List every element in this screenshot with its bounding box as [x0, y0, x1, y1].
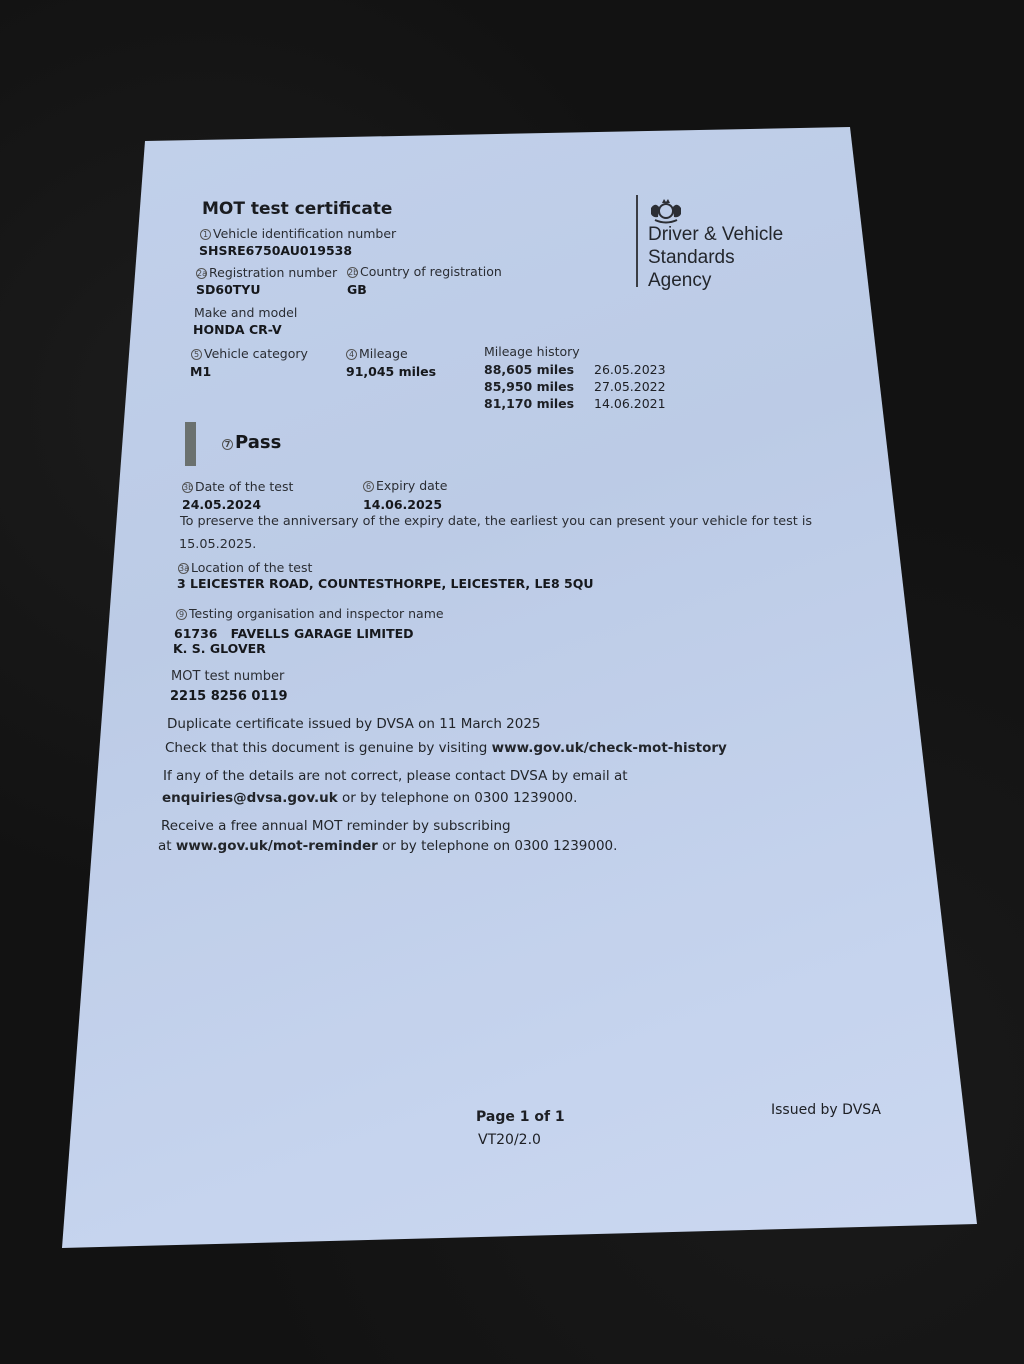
field-marker: 2b: [347, 267, 358, 278]
mileage-history-row: 81,170 miles 14.06.2021: [484, 395, 666, 412]
field-marker: 9: [176, 609, 187, 620]
registration-label: 2aRegistration number: [196, 265, 337, 280]
agency-name: Driver & Vehicle Standards Agency: [648, 223, 783, 292]
logo-divider: [636, 195, 638, 287]
test-date-value: 24.05.2024: [182, 497, 261, 512]
reminder-note-line1: Receive a free annual MOT reminder by su…: [161, 818, 511, 834]
agency-name-line: Standards: [648, 246, 783, 269]
contact-note-line2: enquiries@dvsa.gov.uk or by telephone on…: [162, 790, 577, 806]
history-miles: 88,605 miles: [484, 361, 570, 378]
field-marker: 5: [191, 349, 202, 360]
page-indicator: Page 1 of 1: [476, 1109, 565, 1125]
contact-note-line1: If any of the details are not correct, p…: [163, 768, 628, 784]
organisation-label: 9Testing organisation and inspector name: [176, 606, 444, 621]
field-marker: 1: [200, 229, 211, 240]
vin-value: SHSRE6750AU019538: [199, 243, 352, 258]
duplicate-note: Duplicate certificate issued by DVSA on …: [167, 716, 541, 732]
make-model-label: Make and model: [194, 305, 297, 320]
mot-reminder-link[interactable]: www.gov.uk/mot-reminder: [176, 838, 378, 854]
mot-certificate: MOT test certificate Driver & Vehicle St…: [0, 0, 1024, 1364]
mileage-history-list: 88,605 miles 26.05.2023 85,950 miles 27.…: [484, 361, 666, 412]
mileage-history-label: Mileage history: [484, 344, 580, 359]
history-miles: 81,170 miles: [484, 395, 570, 412]
genuine-check-note: Check that this document is genuine by v…: [165, 740, 727, 756]
expiry-date-value: 14.06.2025: [363, 497, 442, 512]
check-mot-history-link[interactable]: www.gov.uk/check-mot-history: [492, 740, 727, 756]
agency-name-line: Driver & Vehicle: [648, 223, 783, 246]
country-value: GB: [347, 282, 367, 297]
expiry-date-label: 6Expiry date: [363, 478, 447, 493]
reminder-note-line2: at www.gov.uk/mot-reminder or by telepho…: [158, 838, 617, 854]
field-marker: 2a: [196, 268, 207, 279]
agency-name-line: Agency: [648, 269, 783, 292]
history-miles: 85,950 miles: [484, 378, 570, 395]
registration-value: SD60TYU: [196, 282, 261, 297]
test-number-label: MOT test number: [171, 669, 284, 684]
field-marker: 7: [222, 439, 233, 450]
issued-by: Issued by DVSA: [771, 1102, 881, 1118]
mileage-label: 4Mileage: [346, 346, 408, 361]
field-marker: 3b: [182, 482, 193, 493]
mileage-history-row: 85,950 miles 27.05.2022: [484, 378, 666, 395]
result-status: 7Pass: [222, 432, 281, 453]
mileage-value: 91,045 miles: [346, 364, 436, 379]
anniversary-date: 15.05.2025.: [179, 537, 256, 552]
test-date-label: 3bDate of the test: [182, 479, 293, 494]
test-number-value: 2215 8256 0119: [170, 689, 288, 704]
inspector-name: K. S. GLOVER: [173, 641, 266, 656]
organisation-value: 61736 FAVELLS GARAGE LIMITED: [174, 626, 414, 641]
history-date: 27.05.2022: [594, 378, 666, 395]
vin-label: 1Vehicle identification number: [200, 226, 396, 241]
make-model-value: HONDA CR-V: [193, 322, 282, 337]
field-marker: 3a: [178, 563, 189, 574]
anniversary-note: To preserve the anniversary of the expir…: [180, 514, 812, 529]
field-marker: 4: [346, 349, 357, 360]
form-code: VT20/2.0: [478, 1132, 541, 1148]
location-value: 3 LEICESTER ROAD, COUNTESTHORPE, LEICEST…: [177, 576, 593, 591]
field-marker: 6: [363, 481, 374, 492]
location-label: 3aLocation of the test: [178, 560, 312, 575]
result-status-bar: [185, 422, 196, 466]
history-date: 26.05.2023: [594, 361, 666, 378]
document-title: MOT test certificate: [202, 199, 392, 219]
site-number: 61736: [174, 626, 218, 641]
country-label: 2bCountry of registration: [347, 264, 502, 279]
history-date: 14.06.2021: [594, 395, 666, 412]
mileage-history-row: 88,605 miles 26.05.2023: [484, 361, 666, 378]
contact-email-link[interactable]: enquiries@dvsa.gov.uk: [162, 790, 338, 806]
category-value: M1: [190, 364, 211, 379]
organisation-name: FAVELLS GARAGE LIMITED: [231, 626, 414, 641]
category-label: 5Vehicle category: [191, 346, 308, 361]
